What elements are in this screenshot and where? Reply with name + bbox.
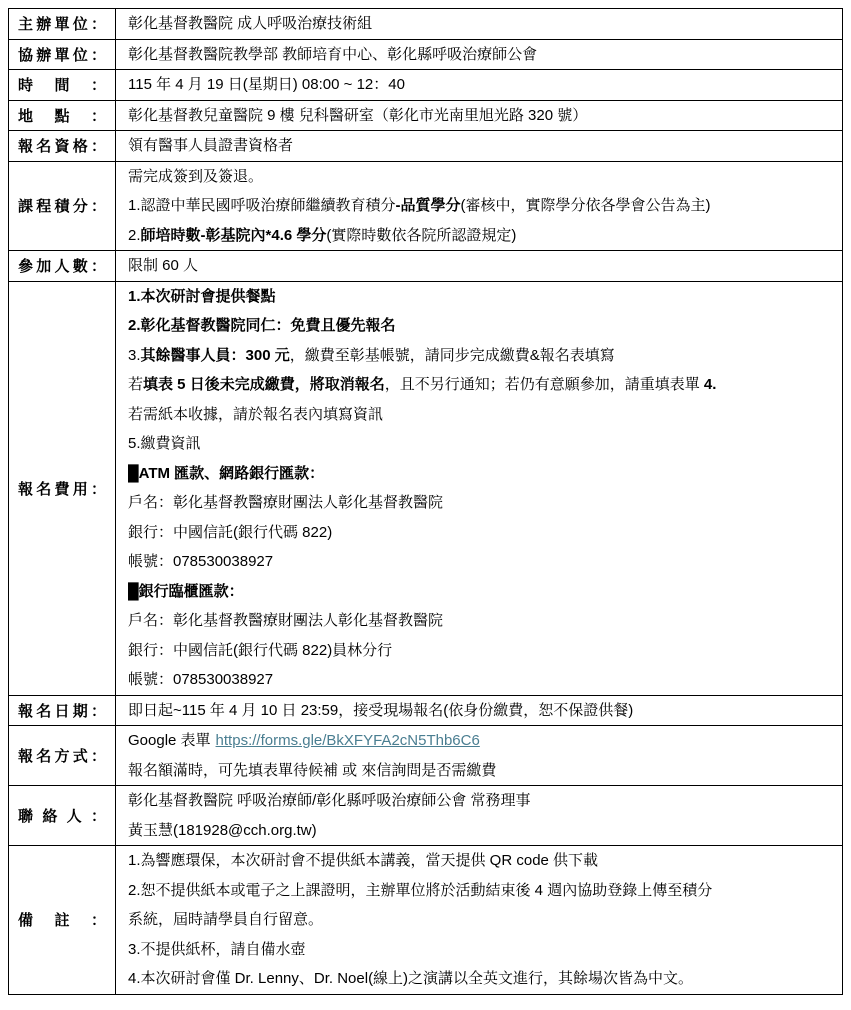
co-organizer-label: 協辦單位： (18, 44, 106, 65)
content-line: 即日起~115 年 4 月 10 日 23:59，接受現場報名(依身份繳費，恕不… (128, 696, 830, 726)
fee-label: 報名費用： (18, 478, 106, 499)
registration-date-content: 即日起~115 年 4 月 10 日 23:59，接受現場報名(依身份繳費，恕不… (116, 695, 843, 726)
text: (實際時數依各院所認證規定) (326, 227, 516, 244)
text: 1.認證中華民國呼吸治療師繼續教育積分 (128, 197, 396, 214)
text: ，繳費至彰基帳號，請同步完成繳費&報名表填寫 (290, 347, 615, 364)
text: 彰化基督教醫院教學部 教師培育中心、彰化縣呼吸治療師公會 (128, 46, 537, 63)
text: 彰化基督教兒童醫院 9 樓 兒科醫研室（彰化市光南里旭光路 320 號） (128, 107, 587, 124)
content-line: 2.師培時數-彰基院內*4.6 學分(實際時數依各院所認證規定) (128, 221, 830, 251)
row-organizer: 主辦單位： 彰化基督教醫院 成人呼吸治療技術組 (9, 9, 843, 40)
registration-method-label-cell: 報名方式： (9, 726, 116, 786)
registration-form-link[interactable]: https://forms.gle/BkXFYFA2cN5Thb6C6 (216, 732, 480, 749)
fee-content: 1.本次研討會提供餐點2.彰化基督教醫院同仁：免費且優先報名3.其餘醫事人員：3… (116, 281, 843, 695)
content-line: 1.為響應環保，本次研討會不提供紙本講義，當天提供 QR code 供下載 (128, 846, 830, 876)
text: 系統，屆時請學員自行留意。 (128, 911, 323, 928)
text: 戶名：彰化基督教醫療財團法人彰化基督教醫院 (128, 494, 443, 511)
content-line: 115 年 4 月 19 日(星期日) 08:00 ~ 12：40 (128, 70, 830, 100)
credits-label-cell: 課程積分： (9, 161, 116, 251)
content-line: █銀行臨櫃匯款： (128, 577, 830, 607)
content-line: 3.不提供紙杯，請自備水壺 (128, 935, 830, 965)
organizer-content: 彰化基督教醫院 成人呼吸治療技術組 (116, 9, 843, 40)
registration-date-label: 報名日期： (18, 700, 106, 721)
text: 限制 60 人 (128, 257, 198, 274)
content-line: 帳號：078530038927 (128, 665, 830, 695)
text: 黃玉慧(181928@cch.org.tw) (128, 822, 317, 839)
content-line: 戶名：彰化基督教醫療財團法人彰化基督教醫院 (128, 488, 830, 518)
location-content: 彰化基督教兒童醫院 9 樓 兒科醫研室（彰化市光南里旭光路 320 號） (116, 100, 843, 131)
content-line: Google 表單https://forms.gle/BkXFYFA2cN5Th… (128, 726, 830, 756)
co-organizer-label-cell: 協辦單位： (9, 39, 116, 70)
event-info-table: 主辦單位： 彰化基督教醫院 成人呼吸治療技術組 協辦單位： 彰化基督教醫院教學部… (8, 8, 843, 995)
row-registration-date: 報名日期： 即日起~115 年 4 月 10 日 23:59，接受現場報名(依身… (9, 695, 843, 726)
bold-text: █ATM 匯款、網路銀行匯款： (128, 465, 324, 482)
contact-content: 彰化基督教醫院 呼吸治療師/彰化縣呼吸治療師公會 常務理事黃玉慧(181928@… (116, 786, 843, 846)
content-line: 1.認證中華民國呼吸治療師繼續教育積分-品質學分(審核中，實際學分依各學會公告為… (128, 191, 830, 221)
content-line: 帳號：078530038927 (128, 547, 830, 577)
row-eligibility: 報名資格： 領有醫事人員證書資格者 (9, 131, 843, 162)
text: 若需紙本收據，請於報名表內填寫資訊 (128, 406, 383, 423)
credits-label: 課程積分： (18, 195, 106, 216)
text: (審核中，實際學分依各學會公告為主) (461, 197, 711, 214)
text: Google 表單 (128, 732, 211, 749)
contact-label: 聯絡人： (18, 805, 106, 826)
content-line: 若填表 5 日後未完成繳費，將取消報名，且不另行通知；若仍有意願參加，請重填表單… (128, 370, 830, 400)
notes-content: 1.為響應環保，本次研討會不提供紙本講義，當天提供 QR code 供下載2.恕… (116, 846, 843, 995)
time-label: 時間： (18, 74, 106, 95)
capacity-label-cell: 參加人數： (9, 251, 116, 282)
text: ，且不另行通知；若仍有意願參加，請重填表單 (385, 376, 704, 393)
content-line: 戶名：彰化基督教醫療財團法人彰化基督教醫院 (128, 606, 830, 636)
row-fee: 報名費用： 1.本次研討會提供餐點2.彰化基督教醫院同仁：免費且優先報名3.其餘… (9, 281, 843, 695)
location-label: 地點： (18, 105, 106, 126)
content-line: 報名額滿時，可先填表單待候補 或 來信詢問是否需繳費 (128, 756, 830, 786)
fee-label-cell: 報名費用： (9, 281, 116, 695)
text: 4.本次研討會僅 Dr. Lenny、Dr. Noel(線上)之演講以全英文進行… (128, 970, 693, 987)
bold-text: 其餘醫事人員：300 元 (141, 347, 290, 364)
notes-label-cell: 備註： (9, 846, 116, 995)
row-credits: 課程積分： 需完成簽到及簽退。1.認證中華民國呼吸治療師繼續教育積分-品質學分(… (9, 161, 843, 251)
text: 領有醫事人員證書資格者 (128, 137, 293, 154)
capacity-label: 參加人數： (18, 255, 106, 276)
registration-method-content: Google 表單https://forms.gle/BkXFYFA2cN5Th… (116, 726, 843, 786)
capacity-content: 限制 60 人 (116, 251, 843, 282)
time-label-cell: 時間： (9, 70, 116, 101)
text: 2.恕不提供紙本或電子之上課證明，主辦單位將於活動結束後 4 週內協助登錄上傳至… (128, 882, 712, 899)
co-organizer-content: 彰化基督教醫院教學部 教師培育中心、彰化縣呼吸治療師公會 (116, 39, 843, 70)
text: 帳號：078530038927 (128, 671, 273, 688)
eligibility-label-cell: 報名資格： (9, 131, 116, 162)
text: 銀行：中國信託(銀行代碼 822)員林分行 (128, 642, 392, 659)
content-line: 彰化基督教兒童醫院 9 樓 兒科醫研室（彰化市光南里旭光路 320 號） (128, 101, 830, 131)
row-registration-method: 報名方式： Google 表單https://forms.gle/BkXFYFA… (9, 726, 843, 786)
text: 需完成簽到及簽退。 (128, 168, 263, 185)
text: 即日起~115 年 4 月 10 日 23:59，接受現場報名(依身份繳費，恕不… (128, 702, 633, 719)
bold-text: 2.彰化基督教醫院同仁：免費且優先報名 (128, 317, 396, 334)
registration-date-label-cell: 報名日期： (9, 695, 116, 726)
content-line: 領有醫事人員證書資格者 (128, 131, 830, 161)
text: 3. (128, 347, 141, 364)
content-line: 彰化基督教醫院 呼吸治療師/彰化縣呼吸治療師公會 常務理事 (128, 786, 830, 816)
content-line: 2.彰化基督教醫院同仁：免費且優先報名 (128, 311, 830, 341)
text: 若 (128, 376, 143, 393)
content-line: 限制 60 人 (128, 251, 830, 281)
content-line: 銀行：中國信託(銀行代碼 822)員林分行 (128, 636, 830, 666)
content-line: 黃玉慧(181928@cch.org.tw) (128, 816, 830, 846)
page: 主辦單位： 彰化基督教醫院 成人呼吸治療技術組 協辦單位： 彰化基督教醫院教學部… (0, 0, 851, 1010)
text: 2. (128, 227, 141, 244)
bold-text: -品質學分 (396, 197, 461, 214)
text: 3.不提供紙杯，請自備水壺 (128, 941, 306, 958)
location-label-cell: 地點： (9, 100, 116, 131)
content-line: 需完成簽到及簽退。 (128, 162, 830, 192)
eligibility-content: 領有醫事人員證書資格者 (116, 131, 843, 162)
bold-text: 4. (704, 376, 717, 393)
row-co-organizer: 協辦單位： 彰化基督教醫院教學部 教師培育中心、彰化縣呼吸治療師公會 (9, 39, 843, 70)
content-line: 彰化基督教醫院教學部 教師培育中心、彰化縣呼吸治療師公會 (128, 40, 830, 70)
text: 帳號：078530038927 (128, 553, 273, 570)
text: 戶名：彰化基督教醫療財團法人彰化基督教醫院 (128, 612, 443, 629)
contact-label-cell: 聯絡人： (9, 786, 116, 846)
row-time: 時間： 115 年 4 月 19 日(星期日) 08:00 ~ 12：40 (9, 70, 843, 101)
content-line: 1.本次研討會提供餐點 (128, 282, 830, 312)
credits-content: 需完成簽到及簽退。1.認證中華民國呼吸治療師繼續教育積分-品質學分(審核中，實際… (116, 161, 843, 251)
content-line: 3.其餘醫事人員：300 元，繳費至彰基帳號，請同步完成繳費&報名表填寫 (128, 341, 830, 371)
bold-text: █銀行臨櫃匯款： (128, 583, 244, 600)
content-line: 銀行：中國信託(銀行代碼 822) (128, 518, 830, 548)
content-line: 2.恕不提供紙本或電子之上課證明，主辦單位將於活動結束後 4 週內協助登錄上傳至… (128, 876, 830, 906)
bold-text: 師培時數-彰基院內*4.6 學分 (141, 227, 327, 244)
content-line: 彰化基督教醫院 成人呼吸治療技術組 (128, 9, 830, 39)
registration-method-label: 報名方式： (18, 745, 106, 766)
text: 報名額滿時，可先填表單待候補 或 來信詢問是否需繳費 (128, 762, 496, 779)
content-line: 若需紙本收據，請於報名表內填寫資訊 (128, 400, 830, 430)
bold-text: 1.本次研討會提供餐點 (128, 288, 276, 305)
row-notes: 備註： 1.為響應環保，本次研討會不提供紙本講義，當天提供 QR code 供下… (9, 846, 843, 995)
time-content: 115 年 4 月 19 日(星期日) 08:00 ~ 12：40 (116, 70, 843, 101)
row-capacity: 參加人數： 限制 60 人 (9, 251, 843, 282)
text: 5.繳費資訊 (128, 435, 201, 452)
text: 彰化基督教醫院 成人呼吸治療技術組 (128, 15, 372, 32)
organizer-label-cell: 主辦單位： (9, 9, 116, 40)
content-line: █ATM 匯款、網路銀行匯款： (128, 459, 830, 489)
text: 銀行：中國信託(銀行代碼 822) (128, 524, 332, 541)
text: 1.為響應環保，本次研討會不提供紙本講義，當天提供 QR code 供下載 (128, 852, 598, 869)
row-contact: 聯絡人： 彰化基督教醫院 呼吸治療師/彰化縣呼吸治療師公會 常務理事黃玉慧(18… (9, 786, 843, 846)
text: 115 年 4 月 19 日(星期日) 08:00 ~ 12：40 (128, 76, 405, 93)
text: 彰化基督教醫院 呼吸治療師/彰化縣呼吸治療師公會 常務理事 (128, 792, 531, 809)
bold-text: 填表 5 日後未完成繳費，將取消報名 (143, 376, 385, 393)
row-location: 地點： 彰化基督教兒童醫院 9 樓 兒科醫研室（彰化市光南里旭光路 320 號） (9, 100, 843, 131)
notes-label: 備註： (18, 909, 106, 930)
content-line: 4.本次研討會僅 Dr. Lenny、Dr. Noel(線上)之演講以全英文進行… (128, 964, 830, 994)
eligibility-label: 報名資格： (18, 135, 106, 156)
content-line: 5.繳費資訊 (128, 429, 830, 459)
organizer-label: 主辦單位： (18, 13, 106, 34)
content-line: 系統，屆時請學員自行留意。 (128, 905, 830, 935)
